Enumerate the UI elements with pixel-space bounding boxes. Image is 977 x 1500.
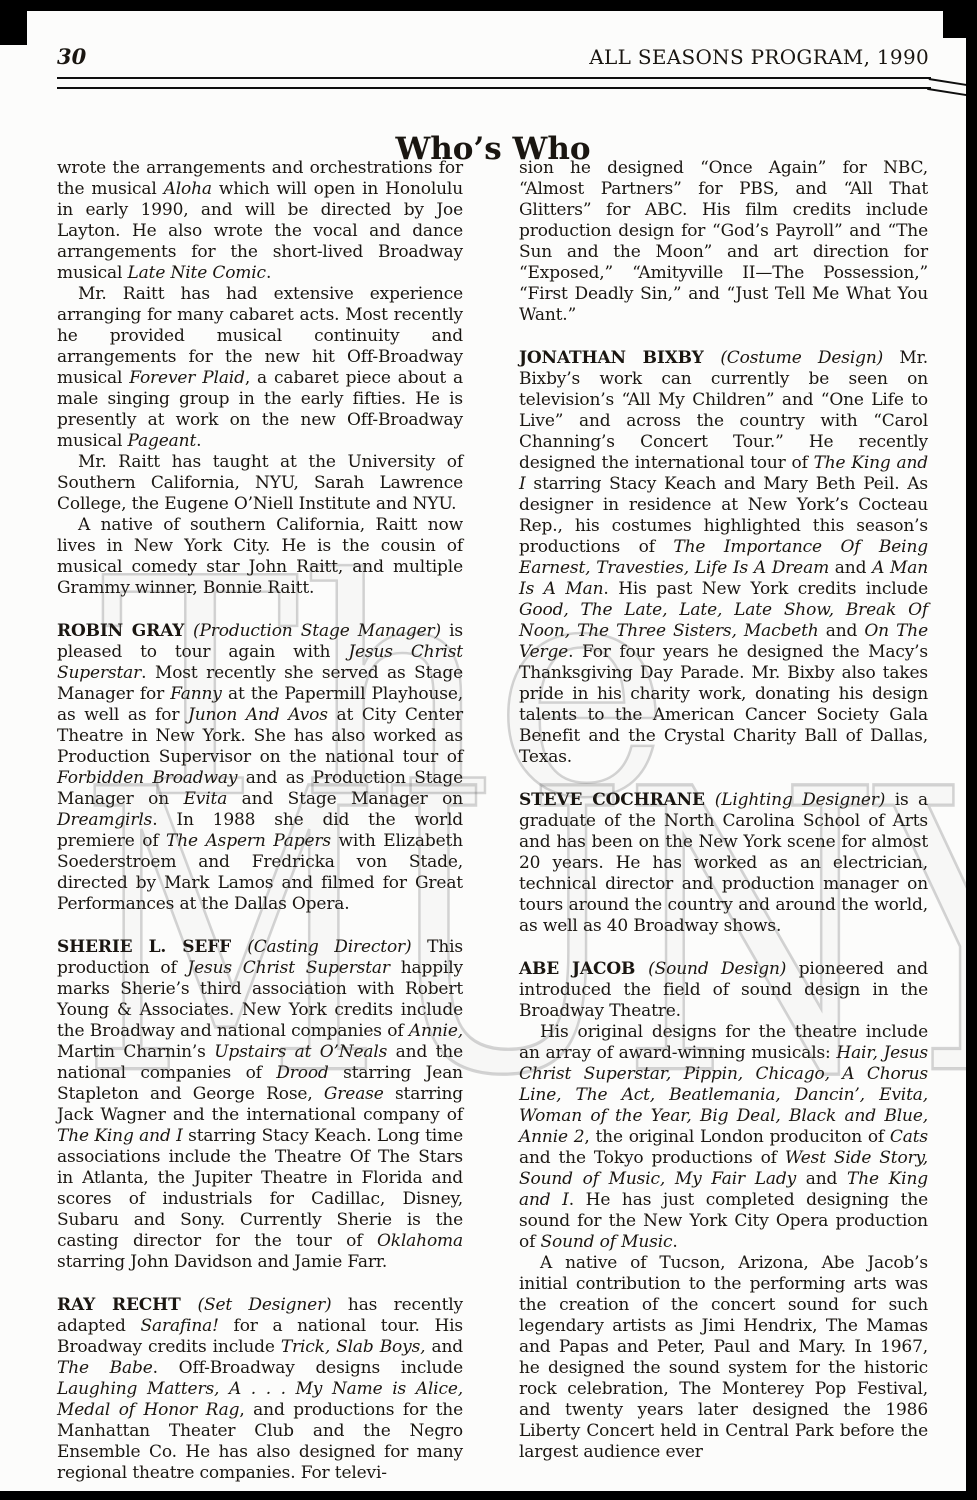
program-title-header: ALL SEASONS PROGRAM, 1990 — [589, 45, 929, 69]
bio-paragraph: wrote the arrangements and orchestration… — [57, 158, 463, 284]
text-run: Sarafina! — [140, 1316, 218, 1336]
scanned-program-page: 30 ALL SEASONS PROGRAM, 1990 Who’s Who w… — [0, 0, 977, 1500]
text-run: and — [829, 558, 872, 578]
page-header: 30 ALL SEASONS PROGRAM, 1990 — [57, 44, 929, 69]
text-run: and Stage Manager on — [227, 789, 463, 809]
text-run: (Costume Design) — [720, 348, 883, 368]
bio-paragraph: ABE JACOB (Sound Design) pioneered and i… — [519, 959, 928, 1022]
text-run: The Babe — [57, 1358, 153, 1378]
text-run: (Production Stage Manager) — [193, 621, 441, 641]
bio-paragraph: JONATHAN BIXBY (Costume Design) Mr. Bixb… — [519, 348, 928, 768]
text-run: ABE JACOB — [519, 959, 648, 979]
text-run: Martin Charnin’s — [57, 1042, 214, 1062]
bio-paragraph: A native of southern California, Raitt n… — [57, 515, 463, 599]
bio-paragraph: SHERIE L. SEFF (Casting Director) This p… — [57, 937, 463, 1273]
text-run: and — [819, 621, 865, 641]
text-run: (Sound Design) — [648, 959, 786, 979]
text-run: Upstairs at O’Neals — [214, 1042, 387, 1062]
text-run: is a graduate of the North Carolina Scho… — [519, 790, 928, 936]
text-run: A native of Tucson, Arizona, Abe Jacob’s… — [519, 1253, 928, 1462]
two-column-text: wrote the arrangements and orchestration… — [57, 158, 928, 1484]
bio-paragraph: sion he designed “Once Again” for NBC, “… — [519, 158, 928, 326]
text-run: ROBIN GRAY — [57, 621, 193, 641]
text-run: and — [796, 1169, 847, 1189]
text-run: JONATHAN BIXBY — [519, 348, 720, 368]
text-run: (Casting Director) — [247, 937, 411, 957]
text-run: Cats — [890, 1127, 928, 1147]
text-run: sion he designed “Once Again” for NBC, “… — [519, 158, 928, 325]
text-run: . — [196, 431, 201, 451]
text-run: Annie, — [409, 1021, 463, 1041]
text-run: RAY RECHT — [57, 1295, 197, 1315]
scan-border-bottom — [0, 1491, 977, 1500]
text-run: Oklahoma — [377, 1231, 463, 1251]
text-run: The Aspern Papers — [166, 831, 331, 851]
text-run: . For four years he designed the Macy’s … — [519, 642, 928, 767]
text-run: Forever Plaid — [129, 368, 245, 388]
text-run: Forbidden Broadway — [57, 768, 237, 788]
bio-paragraph: His original designs for the theatre inc… — [519, 1022, 928, 1253]
text-run: . His past New York credits include — [603, 579, 928, 599]
text-run: starring John Davidson and Jamie Farr. — [57, 1252, 387, 1272]
text-run: and the Tokyo productions of — [519, 1148, 785, 1168]
scan-border-right — [966, 0, 977, 1500]
text-run: Aloha — [164, 179, 212, 199]
text-run: Mr. Raitt has taught at the University o… — [57, 452, 463, 514]
bio-paragraph: A native of Tucson, Arizona, Abe Jacob’s… — [519, 1253, 928, 1463]
text-run: Sound of Music — [540, 1232, 672, 1252]
bio-paragraph: RAY RECHT (Set Designer) has recently ad… — [57, 1295, 463, 1484]
text-run: (Lighting Designer) — [715, 790, 886, 810]
text-run: . — [672, 1232, 677, 1252]
bio-paragraph: STEVE COCHRANE (Lighting Designer) is a … — [519, 790, 928, 937]
text-run: Dreamgirls — [57, 810, 152, 830]
header-double-rule — [57, 77, 931, 89]
text-run: Late Nite Comic — [128, 263, 266, 283]
header-double-rule-curved-end — [927, 78, 970, 96]
text-run: Jesus Christ Superstar — [187, 958, 389, 978]
text-run: Junon And Avos — [188, 705, 328, 725]
bio-paragraph: Mr. Raitt has taught at the University o… — [57, 452, 463, 515]
text-run: SHERIE L. SEFF — [57, 937, 247, 957]
text-run: Drood — [276, 1063, 328, 1083]
right-column: sion he designed “Once Again” for NBC, “… — [519, 158, 928, 1484]
left-column: wrote the arrangements and orchestration… — [57, 158, 463, 1484]
text-run: (Set Designer) — [197, 1295, 331, 1315]
text-run: Pageant — [128, 431, 197, 451]
text-run: Grease — [324, 1084, 384, 1104]
text-run: Trick, Slab Boys, — [281, 1337, 426, 1357]
page-number: 30 — [57, 44, 86, 69]
text-run: Evita — [184, 789, 228, 809]
bio-paragraph: ROBIN GRAY (Production Stage Manager) is… — [57, 621, 463, 915]
text-run: , the original London produciton of — [584, 1127, 889, 1147]
text-run: STEVE COCHRANE — [519, 790, 715, 810]
text-run: and — [425, 1337, 463, 1357]
text-run: . — [266, 263, 271, 283]
text-run: The King and I — [57, 1126, 183, 1146]
scan-border-top — [0, 0, 977, 11]
text-run: A native of southern California, Raitt n… — [57, 515, 463, 598]
bio-paragraph: Mr. Raitt has had extensive experience a… — [57, 284, 463, 452]
scan-border-top-left-notch — [0, 0, 27, 45]
text-run: Fanny — [170, 684, 222, 704]
text-run: . Off-Broadway designs include — [153, 1358, 463, 1378]
